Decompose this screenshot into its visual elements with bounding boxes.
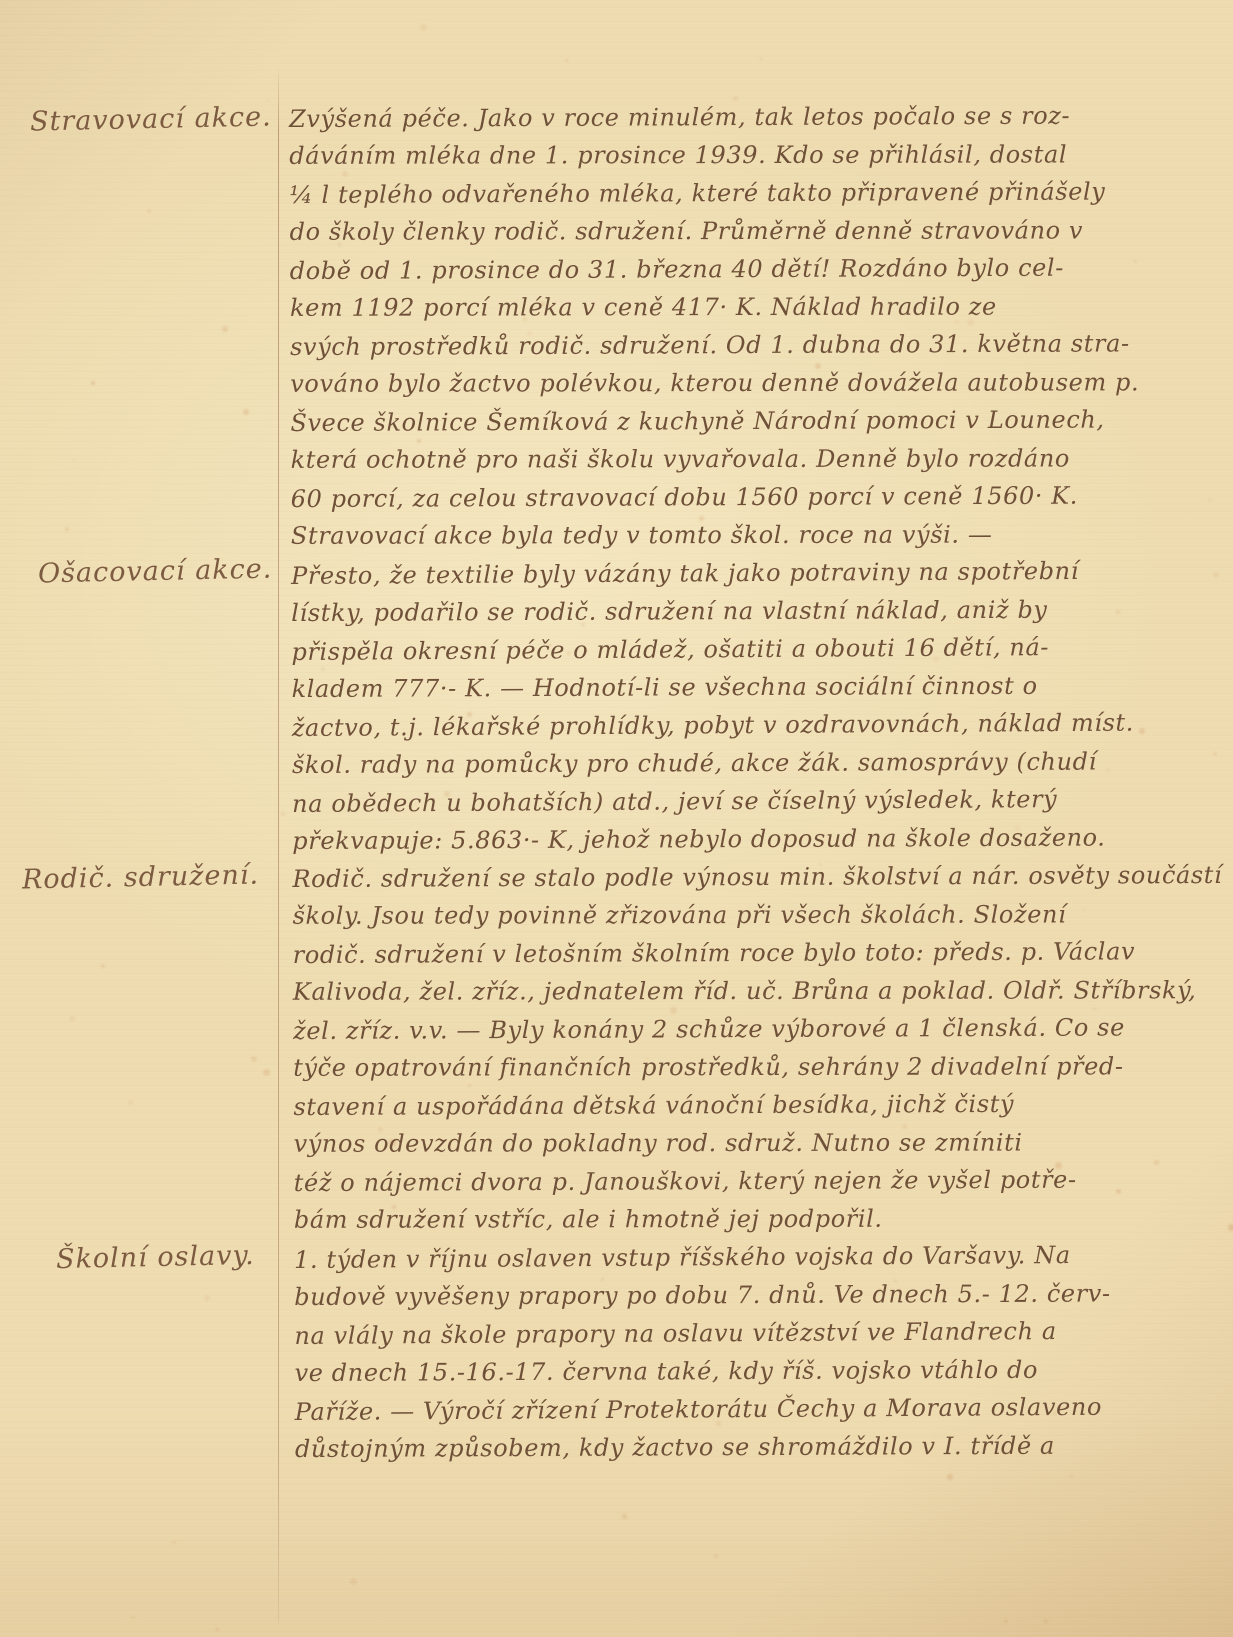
text-line: 1. týden v říjnu oslaven vstup říšského … bbox=[294, 1235, 1222, 1279]
text-line: překvapuje: 5.863·- K, jehož nebylo dopo… bbox=[292, 818, 1220, 860]
margin-note-rodic-sdruzeni: Rodič. sdružení. bbox=[22, 860, 260, 896]
text-line: škol. rady na pomůcky pro chudé, akce žá… bbox=[292, 742, 1220, 784]
text-line: Kalivoda, žel. zříz., jednatelem říd. uč… bbox=[293, 971, 1221, 1011]
text-line: ve dnech 15.-16.-17. června také, kdy ří… bbox=[294, 1350, 1222, 1392]
section-3: Rodič. sdružení se stalo podle výnosu mi… bbox=[292, 856, 1222, 1240]
text-line: budově vyvěšeny prapory po dobu 7. dnů. … bbox=[294, 1274, 1222, 1316]
text-line: výnos odevzdán do pokladny rod. sdruž. N… bbox=[294, 1123, 1222, 1163]
text-line: školy. Jsou tedy povinně zřizována při v… bbox=[293, 895, 1221, 935]
text-line: důstojným způsobem, kdy žactvo se shromá… bbox=[295, 1426, 1223, 1468]
text-line: Stravovací akce byla tedy v tomto škol. … bbox=[291, 515, 1219, 555]
text-line: na vlály na škole prapory na oslavu vítě… bbox=[294, 1311, 1222, 1355]
text-column: Zvýšená péče. Jako v roce minulém, tak l… bbox=[289, 96, 1223, 1468]
text-line: do školy členky rodič. sdružení. Průměrn… bbox=[290, 211, 1218, 251]
text-line: která ochotně pro naši školu vyvařovala.… bbox=[291, 439, 1219, 479]
section-2: Přesto, že textilie byly vázány tak jako… bbox=[291, 552, 1220, 860]
text-line: přispěla okresní péče o mládež, ošatiti … bbox=[291, 627, 1219, 671]
text-line: týče opatrování finančních prostředků, s… bbox=[293, 1047, 1221, 1087]
text-line: Paříže. — Výročí zřízení Protektorátu Če… bbox=[295, 1387, 1223, 1431]
text-line: stavení a uspořádána dětská vánoční besí… bbox=[293, 1084, 1221, 1126]
text-line: na obědech u bohatších) atd., jeví se čí… bbox=[292, 779, 1220, 823]
text-line: ¼ l teplého odvařeného mléka, které takt… bbox=[289, 172, 1217, 214]
text-line: lístky, podařilo se rodič. sdružení na v… bbox=[291, 590, 1219, 632]
margin-rule-line bbox=[278, 66, 279, 1622]
text-line: době od 1. prosince do 31. března 40 dět… bbox=[290, 248, 1218, 290]
text-line: Zvýšená péče. Jako v roce minulém, tak l… bbox=[289, 96, 1217, 138]
margin-note-stravovaci-akce: Stravovací akce. bbox=[30, 101, 272, 137]
text-line: vováno bylo žactvo polévkou, kterou denn… bbox=[290, 363, 1218, 403]
text-line: Přesto, že textilie byly vázány tak jako… bbox=[291, 551, 1219, 595]
chronicle-page: Stravovací akce. Ošacovací akce. Rodič. … bbox=[0, 0, 1233, 1637]
text-line: dáváním mléka dne 1. prosince 1939. Kdo … bbox=[289, 135, 1217, 175]
text-line: bám sdružení vstříc, ale i hmotně jej po… bbox=[294, 1199, 1222, 1239]
text-line: Švece školnice Šemíková z kuchyně Národn… bbox=[290, 400, 1218, 442]
text-line: Rodič. sdružení se stalo podle výnosu mi… bbox=[292, 856, 1220, 898]
text-line: rodič. sdružení v letošním školním roce … bbox=[293, 932, 1221, 974]
text-line: kladem 777·- K. — Hodnotí-li se všechna … bbox=[292, 666, 1220, 708]
margin-note-osacovaci-akce: Ošacovací akce. bbox=[38, 554, 273, 590]
text-line: kem 1192 porcí mléka v ceně 417· K. Nákl… bbox=[290, 287, 1218, 327]
section-1: Zvýšená péče. Jako v roce minulém, tak l… bbox=[289, 96, 1219, 556]
section-4: 1. týden v říjnu oslaven vstup říšského … bbox=[294, 1236, 1223, 1468]
text-line: svých prostředků rodič. sdružení. Od 1. … bbox=[290, 324, 1218, 366]
text-line: též o nájemci dvora p. Janouškovi, který… bbox=[294, 1160, 1222, 1202]
margin-note-skolni-oslavy: Školní oslavy. bbox=[56, 1240, 255, 1275]
text-line: žel. zříz. v.v. — Byly konány 2 schůze v… bbox=[293, 1008, 1221, 1050]
text-line: 60 porcí, za celou stravovací dobu 1560 … bbox=[291, 476, 1219, 518]
text-line: žactvo, t.j. lékařské prohlídky, pobyt v… bbox=[292, 703, 1220, 747]
